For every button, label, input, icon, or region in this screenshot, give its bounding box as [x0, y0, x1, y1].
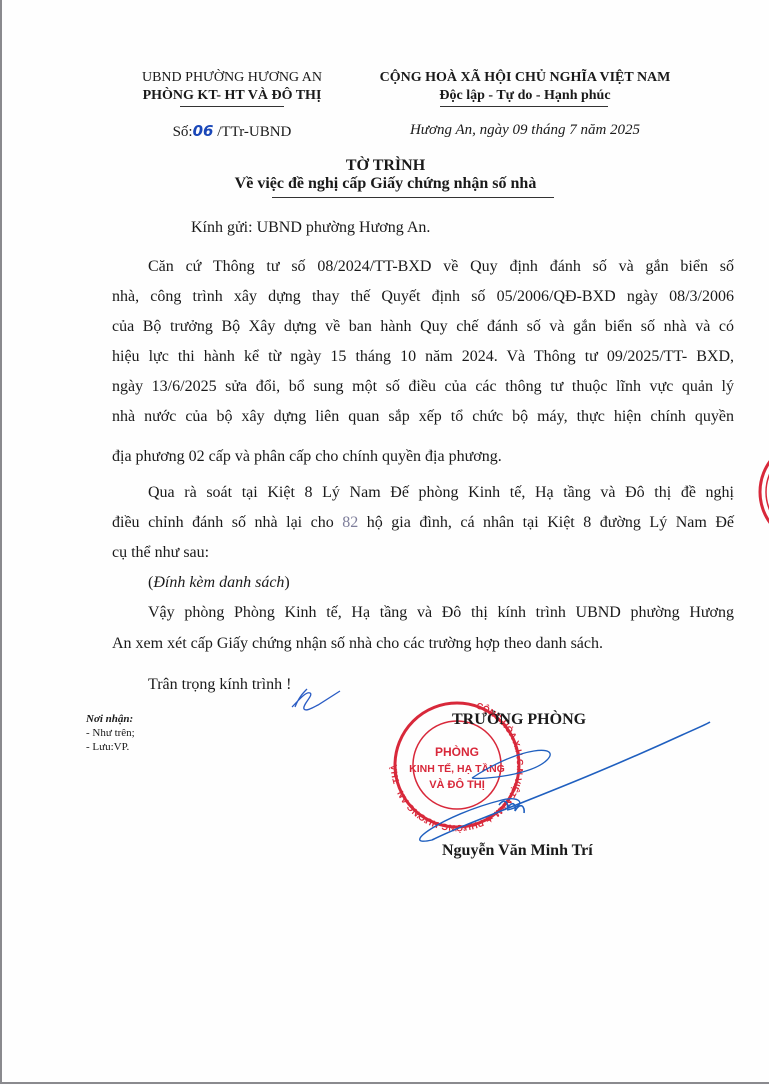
doc-number-prefix: Số: [173, 124, 193, 140]
agency-underline [180, 106, 284, 107]
motto: Độc lập - Tự do - Hạnh phúc [360, 87, 690, 105]
paragraph-2-line: cụ thể như sau: [112, 544, 734, 562]
attachment-note: (Đính kèm danh sách) [148, 574, 290, 592]
doc-number-handwritten: 06 [193, 122, 214, 140]
subject-underline [272, 197, 554, 198]
document-subject: Về việc đề nghị cấp Giấy chứng nhận số n… [2, 175, 769, 193]
paragraph-2-line: điều chỉnh đánh số nhà lại cho 82 hộ gia… [112, 514, 734, 532]
paragraph-3-line: Vậy phòng Phòng Kinh tế, Hạ tầng và Đô t… [148, 604, 734, 622]
recipient-item: - Lưu:VP. [86, 740, 135, 754]
doc-number-suffix: /TTr-UBND [213, 124, 291, 140]
paragraph-1-line: Căn cứ Thông tư số 08/2024/TT-BXD về Quy… [148, 258, 734, 276]
paragraph-2-text: hộ gia đình, cá nhân tại Kiệt 8 đường Lý… [358, 514, 734, 531]
agency-parent: UBND PHƯỜNG HƯƠNG AN [102, 69, 362, 87]
agency-name: PHÒNG KT- HT VÀ ĐÔ THỊ [102, 87, 362, 105]
paragraph-1-line: địa phương 02 cấp và phân cấp cho chính … [112, 448, 734, 466]
svg-text:PHÒNG: PHÒNG [435, 744, 479, 759]
recipient-item: - Như trên; [86, 726, 135, 740]
country-name: CỘNG HOÀ XÃ HỘI CHỦ NGHĨA VIỆT NAM [360, 69, 690, 87]
document-number: Số:06 /TTr-UBND [102, 122, 362, 141]
issuing-agency: UBND PHƯỜNG HƯƠNG AN PHÒNG KT- HT VÀ ĐÔ … [102, 69, 362, 105]
recipients-block: Nơi nhận: - Như trên; - Lưu:VP. [86, 712, 135, 754]
paragraph-1-line: nhà, công trình xây dựng thay thế Quyết … [112, 288, 734, 306]
paragraph-3-line: An xem xét cấp Giấy chứng nhận số nhà ch… [112, 635, 734, 653]
household-count: 82 [342, 514, 358, 531]
attachment-text: Đính kèm danh sách [153, 574, 284, 591]
paragraph-2-text: điều chỉnh đánh số nhà lại cho [112, 514, 342, 531]
signatory-title: TRƯỞNG PHÒNG [452, 711, 586, 729]
paragraph-1-line: nhà nước của bộ xây dựng liên quan sắp x… [112, 408, 734, 426]
motto-underline [440, 106, 608, 107]
recipients-heading: Nơi nhận: [86, 712, 135, 726]
paragraph-1-line: của Bộ trưởng Bộ Xây dựng về ban hành Qu… [112, 318, 734, 336]
paragraph-1-line: hiệu lực thi hành kể từ ngày 15 tháng 10… [112, 348, 734, 366]
national-motto: CỘNG HOÀ XÃ HỘI CHỦ NGHĨA VIỆT NAM Độc l… [360, 69, 690, 105]
signatory-name: Nguyễn Văn Minh Trí [442, 842, 593, 860]
svg-text:VÀ ĐÔ THỊ: VÀ ĐÔ THỊ [429, 778, 485, 791]
svg-text:KINH TẾ, HẠ TẦNG: KINH TẾ, HẠ TẦNG [409, 762, 505, 775]
document-title: TỜ TRÌNH [2, 157, 769, 175]
document-page: UBND PHƯỜNG HƯƠNG AN PHÒNG KT- HT VÀ ĐÔ … [0, 0, 769, 1084]
paren-close: ) [284, 574, 289, 591]
document-date: Hương An, ngày 09 tháng 7 năm 2025 [360, 122, 690, 139]
paragraph-1-line: ngày 13/6/2025 sửa đổi, bổ sung một số đ… [112, 378, 734, 396]
paragraph-2-line: Qua rà soát tại Kiệt 8 Lý Nam Đế phòng K… [148, 484, 734, 502]
closing-phrase: Trân trọng kính trình ! [148, 676, 291, 694]
addressee: Kính gửi: UBND phường Hương An. [191, 219, 430, 237]
